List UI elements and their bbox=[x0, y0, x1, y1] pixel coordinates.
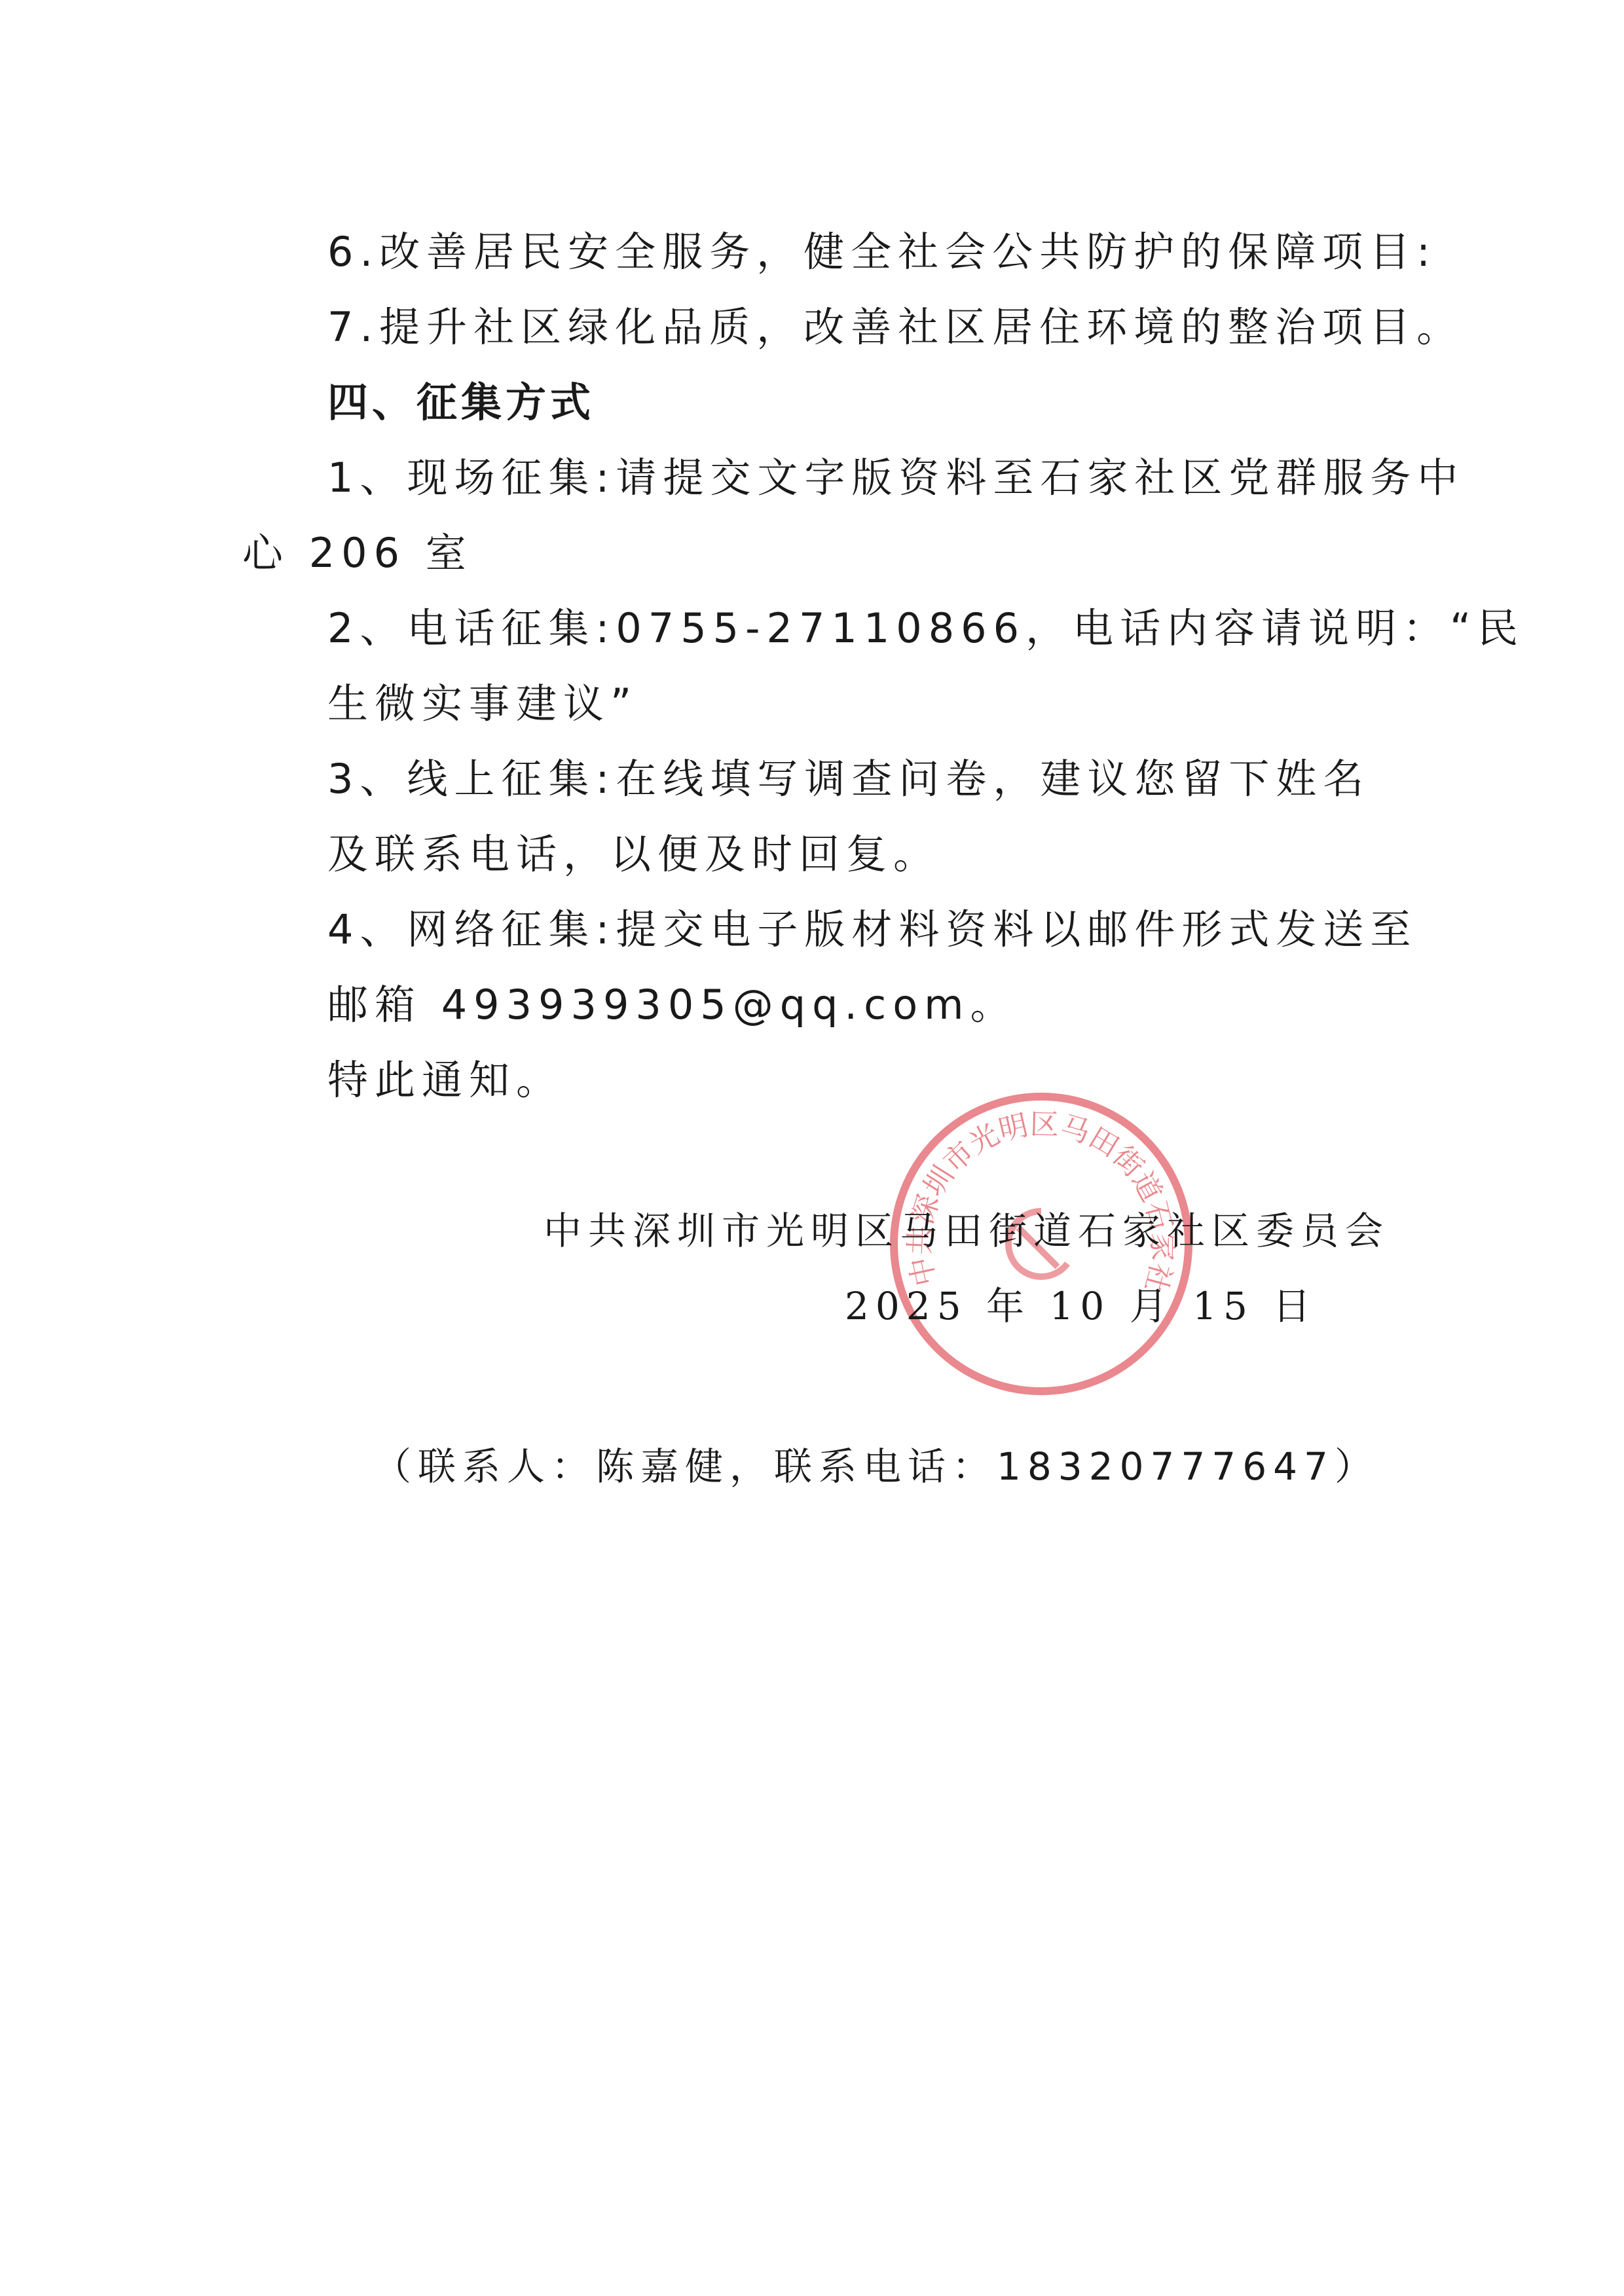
contact-info: （联系人：陈嘉健，联系电话：18320777647） bbox=[373, 1440, 1379, 1493]
method-email-line2: 邮箱 493939305@qq.com。 bbox=[327, 979, 1018, 1031]
method-online-line1: 3、线上征集:在线填写调查问卷，建议您留下姓名 bbox=[327, 753, 1370, 805]
method-onsite-line2: 心 206 室 bbox=[242, 527, 473, 579]
item-6: 6.改善居民安全服务，健全社会公共防护的保障项目: bbox=[327, 226, 1437, 278]
item-7: 7.提升社区绿化品质，改善社区居住环境的整治项目。 bbox=[327, 301, 1464, 354]
closing-text: 特此通知。 bbox=[327, 1054, 563, 1106]
method-phone-line2: 生微实事建议” bbox=[327, 678, 638, 730]
signature-date: 2025 年 10 月 15 日 bbox=[845, 1280, 1317, 1332]
method-onsite-line1: 1、现场征集:请提交文字版资料至石家社区党群服务中 bbox=[327, 452, 1464, 504]
method-email-line1: 4、网络征集:提交电子版材料资料以邮件形式发送至 bbox=[327, 903, 1417, 956]
svg-text:中共深圳市光明区马田街道石家社区委员会: 中共深圳市光明区马田街道石家社区委员会 bbox=[884, 1087, 1179, 1296]
method-phone-line1: 2、电话征集:0755-27110866，电话内容请说明：“民 bbox=[327, 602, 1524, 655]
signature-organization: 中共深圳市光明区马田街道石家社区委员会 bbox=[544, 1205, 1390, 1257]
section-heading: 四、征集方式 bbox=[327, 376, 595, 429]
method-online-line2: 及联系电话，以便及时回复。 bbox=[327, 828, 940, 881]
